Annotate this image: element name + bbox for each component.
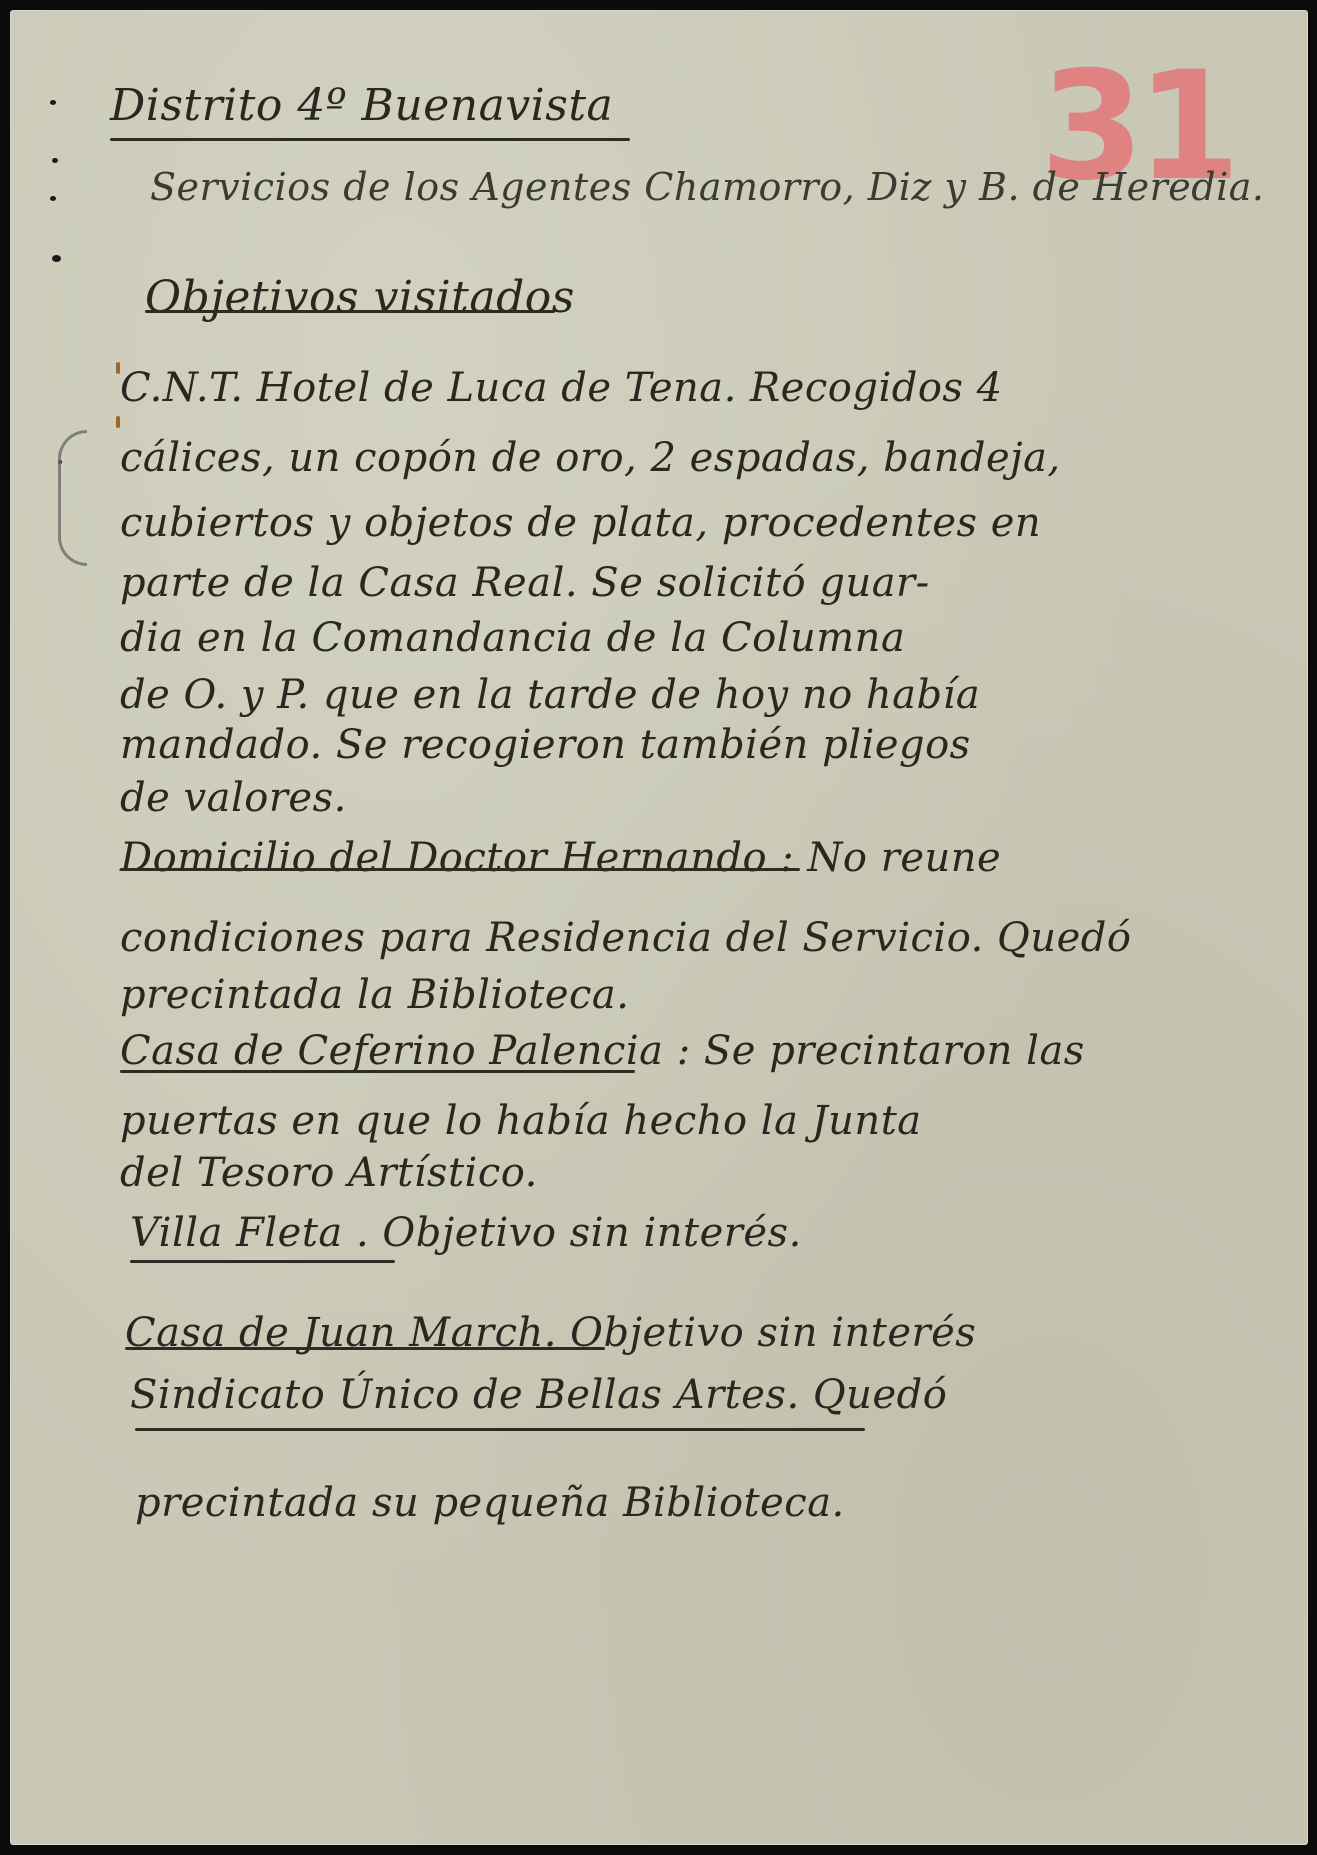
agents-subtitle: Servicios de los Agentes Chamorro, Diz y…: [150, 165, 1265, 209]
entry-underline: [125, 1347, 605, 1350]
ink-stain: [116, 416, 120, 428]
text-line: Casa de Ceferino Palencia : Se precintar…: [120, 1028, 1085, 1074]
text-line: Domicilio del Doctor Hernando : No reune: [120, 835, 1001, 881]
text-line: cálices, un copón de oro, 2 espadas, ban…: [120, 435, 1061, 481]
document-page: 31 Distrito 4º Buenavista Servicios de l…: [10, 10, 1308, 1845]
text-line: de O. y P. que en la tarde de hoy no hab…: [120, 672, 980, 718]
text-line: C.N.T. Hotel de Luca de Tena. Recogidos …: [120, 365, 1003, 411]
text-line: dia en la Comandancia de la Columna: [120, 615, 905, 661]
text-line: mandado. Se recogieron también pliegos: [120, 722, 971, 768]
text-line: del Tesoro Artístico.: [120, 1150, 538, 1196]
section-heading: Objetivos visitados: [145, 272, 575, 323]
punch-hole: [50, 196, 56, 201]
text-line: precintada la Biblioteca.: [120, 972, 629, 1018]
entry-underline: [120, 868, 800, 871]
text-line: cubiertos y objetos de plata, procedente…: [120, 500, 1041, 546]
text-line: precintada su pequeña Biblioteca.: [135, 1480, 845, 1526]
entry-underline: [135, 1428, 865, 1431]
entry-underline: [120, 1070, 635, 1073]
text-line: Villa Fleta . Objetivo sin interés.: [130, 1210, 802, 1256]
text-line: puertas en que lo había hecho la Junta: [120, 1098, 922, 1144]
punch-hole: [50, 100, 56, 105]
text-line: de valores.: [120, 775, 347, 821]
text-line: Sindicato Único de Bellas Artes. Quedó: [130, 1372, 947, 1418]
margin-bracket-mark: [58, 430, 87, 566]
text-line: condiciones para Residencia del Servicio…: [120, 915, 1131, 961]
district-title: Distrito 4º Buenavista: [110, 80, 613, 131]
punch-hole: [52, 255, 61, 262]
section-heading-underline: [145, 310, 555, 313]
text-line: parte de la Casa Real. Se solicitó guar-: [120, 560, 930, 606]
title-underline: [110, 138, 630, 141]
punch-hole: [52, 158, 58, 163]
entry-underline: [130, 1260, 395, 1263]
